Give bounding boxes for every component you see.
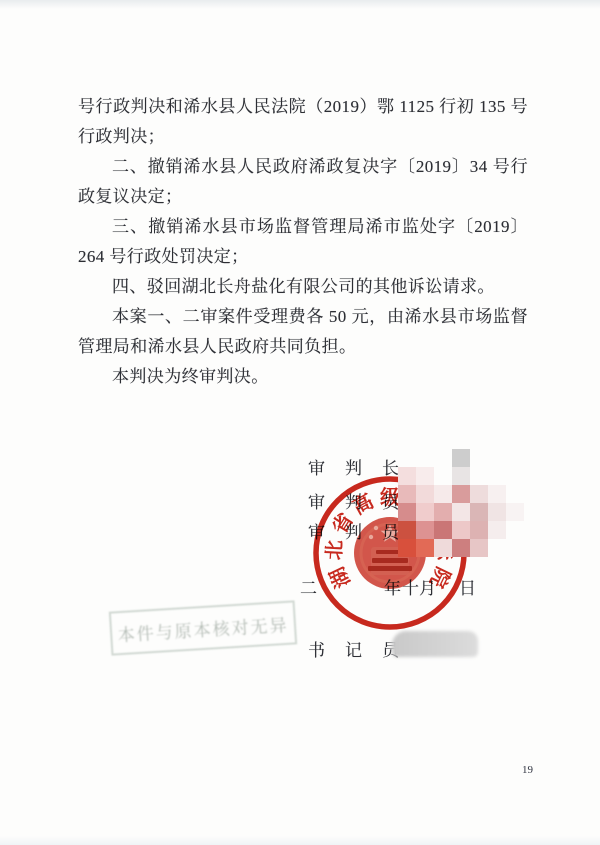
- seal-char: 高: [348, 489, 377, 520]
- mosaic-cell: [416, 539, 434, 557]
- mosaic-cell: [488, 485, 506, 503]
- mosaic-cell: [398, 485, 416, 503]
- seal-char: 省: [327, 508, 358, 538]
- mosaic-cell: [416, 521, 434, 539]
- page-number: 19: [522, 764, 533, 776]
- mosaic-cell: [452, 449, 470, 467]
- mosaic-cell: [416, 485, 434, 503]
- mosaic-cell: [488, 503, 506, 521]
- mosaic-cell: [452, 539, 470, 557]
- judgment-body-text: 号行政判决和浠水县人民法院（2019）鄂 1125 行初 135 号行政判决； …: [78, 92, 528, 392]
- mosaic-cell: [470, 485, 488, 503]
- verification-stamp-text: 本件与原本核对无异: [117, 610, 289, 645]
- paragraph-item-3: 三、撤销浠水县市场监督管理局浠市监处字〔2019〕264 号行政处罚决定；: [78, 212, 528, 272]
- paragraph-final-judgment: 本判决为终审判决。: [78, 362, 528, 392]
- mosaic-cell: [434, 521, 452, 539]
- mosaic-cell: [434, 539, 452, 557]
- mosaic-cell: [452, 521, 470, 539]
- seal-char: 级: [380, 485, 400, 509]
- mosaic-cell: [434, 485, 452, 503]
- mosaic-redaction: [398, 449, 524, 557]
- mosaic-cell: [416, 503, 434, 521]
- mosaic-cell: [398, 503, 416, 521]
- mosaic-cell: [398, 539, 416, 557]
- seal-char: 湖: [324, 563, 354, 591]
- mosaic-cell: [488, 521, 506, 539]
- mosaic-cell: [398, 521, 416, 539]
- mosaic-cell: [506, 503, 524, 521]
- paragraph-item-4: 四、驳回湖北长舟盐化有限公司的其他诉讼请求。: [78, 272, 528, 302]
- mosaic-cell: [470, 521, 488, 539]
- mosaic-cell: [452, 485, 470, 503]
- verification-stamp: 本件与原本核对无异: [109, 600, 297, 655]
- mosaic-cell: [452, 503, 470, 521]
- mosaic-cell: [434, 503, 452, 521]
- mosaic-cell: [452, 467, 470, 485]
- clerk-name-redaction: [392, 631, 478, 657]
- judgment-page: 号行政判决和浠水县人民法院（2019）鄂 1125 行初 135 号行政判决； …: [0, 0, 600, 845]
- seal-char: 院: [425, 563, 455, 591]
- paragraph-item-2: 二、撤销浠水县人民政府浠政复决字〔2019〕34 号行政复议决定；: [78, 152, 528, 212]
- seal-char: 北: [323, 540, 347, 561]
- paragraph-continuation: 号行政判决和浠水县人民法院（2019）鄂 1125 行初 135 号行政判决；: [78, 92, 528, 152]
- paragraph-court-fee: 本案一、二审案件受理费各 50 元，由浠水县市场监督管理局和浠水县人民政府共同负…: [78, 302, 528, 362]
- mosaic-cell: [398, 467, 416, 485]
- mosaic-cell: [470, 503, 488, 521]
- mosaic-cell: [416, 467, 434, 485]
- mosaic-cell: [470, 539, 488, 557]
